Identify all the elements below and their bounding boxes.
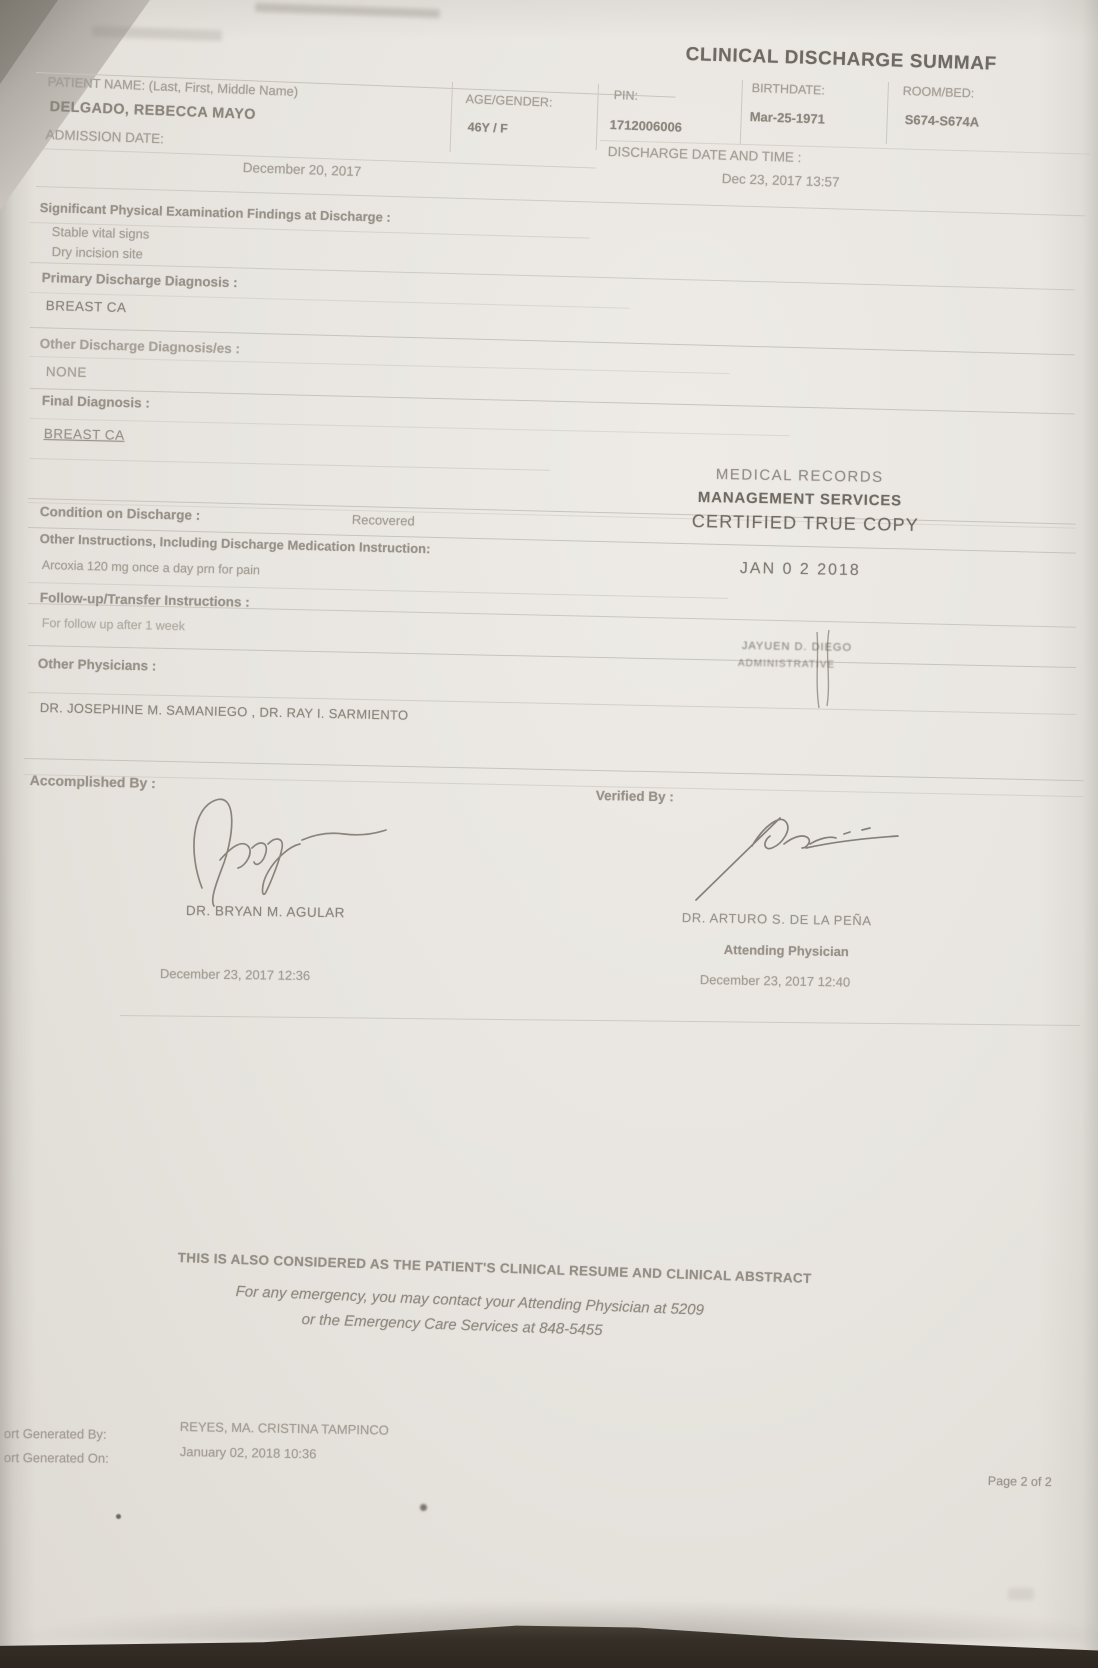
admission-date-label: ADMISSION DATE: bbox=[45, 127, 164, 146]
room-bed-value: S674-S674A bbox=[904, 112, 979, 130]
patient-name-value: DELGADO, REBECCA MAYO bbox=[49, 99, 256, 123]
other-diagnosis-label: Other Discharge Diagnosis/es : bbox=[40, 336, 241, 356]
final-diagnosis-value: BREAST CA bbox=[44, 426, 125, 443]
followup-instructions-label: Follow-up/Transfer Instructions : bbox=[40, 590, 250, 610]
page-title: CLINICAL DISCHARGE SUMMAF bbox=[685, 44, 997, 76]
room-bed-label: ROOM/BED: bbox=[903, 84, 975, 100]
verified-by-label: Verified By : bbox=[596, 788, 674, 804]
discharge-datetime-label: DISCHARGE DATE AND TIME : bbox=[608, 144, 802, 165]
primary-diagnosis-value: BREAST CA bbox=[46, 298, 127, 315]
birthdate-value: Mar-25-1971 bbox=[749, 109, 825, 127]
emergency-contact-line2: or the Emergency Care Services at 848-54… bbox=[301, 1311, 602, 1339]
pe-finding-line1: Stable vital signs bbox=[52, 224, 150, 242]
bleedthrough-fragment bbox=[255, 3, 440, 18]
pe-findings-label: Significant Physical Examination Finding… bbox=[40, 200, 391, 225]
other-physicians-label: Other Physicians : bbox=[38, 656, 157, 673]
other-physicians-value: DR. JOSEPHINE M. SAMANIEGO , DR. RAY I. … bbox=[40, 700, 409, 723]
scan-mark-dot bbox=[420, 1504, 427, 1511]
pin-label: PIN: bbox=[613, 88, 638, 103]
accomplished-by-name: DR. BRYAN M. AGULAR bbox=[186, 903, 345, 920]
accomplished-signature bbox=[168, 788, 408, 913]
verified-by-title: Attending Physician bbox=[724, 942, 849, 959]
age-gender-value: 46Y / F bbox=[467, 120, 508, 136]
verified-signature bbox=[688, 796, 938, 906]
other-diagnosis-value: NONE bbox=[46, 364, 87, 380]
scan-mark-dot bbox=[116, 1514, 121, 1519]
other-instructions-value: Arcoxia 120 mg once a day prn for pain bbox=[42, 558, 260, 577]
stamp-certified-true-copy: CERTIFIED TRUE COPY bbox=[692, 511, 920, 536]
stamp-management-services: MANAGEMENT SERVICES bbox=[698, 489, 902, 510]
stamp-medical-records: MEDICAL RECORDS bbox=[716, 466, 884, 486]
report-generated-on-value: January 02, 2018 10:36 bbox=[180, 1444, 317, 1461]
stamp-signature-strokes bbox=[805, 630, 845, 710]
stamp-date: JAN 0 2 2018 bbox=[740, 560, 861, 580]
final-diagnosis-label: Final Diagnosis : bbox=[42, 393, 150, 411]
verified-by-name: DR. ARTURO S. DE LA PEÑA bbox=[682, 910, 872, 928]
scanned-page: CLINICAL DISCHARGE SUMMAF PATIENT NAME: … bbox=[0, 0, 1098, 1668]
followup-instructions-value: For follow up after 1 week bbox=[42, 616, 185, 633]
accomplished-datetime: December 23, 2017 12:36 bbox=[160, 966, 311, 983]
scan-mark-faint bbox=[1008, 1588, 1034, 1600]
birthdate-label: BIRTHDATE: bbox=[752, 81, 826, 98]
clinical-resume-notice: THIS IS ALSO CONSIDERED AS THE PATIENT'S… bbox=[178, 1250, 812, 1286]
verified-datetime: December 23, 2017 12:40 bbox=[700, 972, 851, 990]
condition-on-discharge-value: Recovered bbox=[352, 512, 415, 529]
condition-on-discharge-label: Condition on Discharge : bbox=[40, 504, 201, 523]
report-generated-by-value: REYES, MA. CRISTINA TAMPINCO bbox=[180, 1419, 389, 1438]
pin-value: 1712006006 bbox=[609, 117, 682, 135]
report-generated-on-label: ort Generated On: bbox=[4, 1450, 109, 1466]
page-indicator: Page 2 of 2 bbox=[988, 1474, 1052, 1489]
discharge-datetime-value: Dec 23, 2017 13:57 bbox=[722, 171, 840, 190]
admission-date-value: December 20, 2017 bbox=[242, 160, 361, 179]
pe-finding-line2: Dry incision site bbox=[52, 244, 143, 261]
primary-diagnosis-label: Primary Discharge Diagnosis : bbox=[42, 270, 238, 290]
report-generated-by-label: ort Generated By: bbox=[4, 1426, 107, 1442]
accomplished-by-label: Accomplished By : bbox=[30, 772, 156, 791]
age-gender-label: AGE/GENDER: bbox=[465, 92, 552, 110]
